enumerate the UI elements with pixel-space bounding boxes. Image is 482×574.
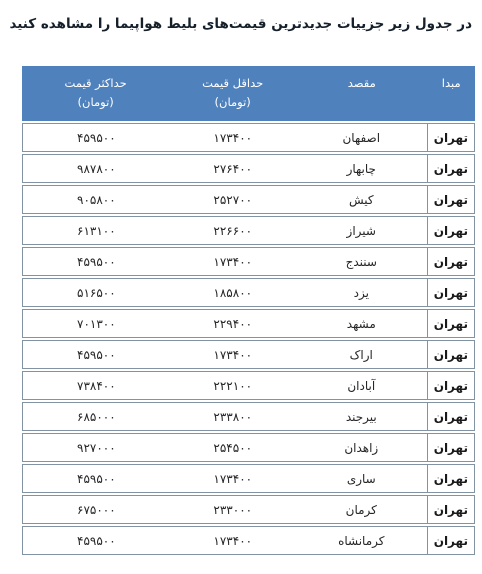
- cell-destination: شیراز: [296, 217, 427, 244]
- cell-destination: یزد: [296, 279, 427, 306]
- cell-min-price: ۲۳۳۸۰۰: [170, 403, 296, 430]
- cell-max-price: ۹۲۷۰۰۰: [23, 434, 170, 461]
- cell-destination: ساری: [296, 465, 427, 492]
- cell-destination: کرمان: [296, 496, 427, 523]
- cell-max-price: ۶۷۵۰۰۰: [23, 496, 170, 523]
- cell-max-price: ۴۵۹۵۰۰: [23, 465, 170, 492]
- table-row: تهران اصفهان ۱۷۳۴۰۰ ۴۵۹۵۰۰: [22, 123, 475, 152]
- cell-origin: تهران: [427, 186, 474, 213]
- cell-min-price: ۲۷۶۴۰۰: [170, 155, 296, 182]
- cell-max-price: ۶۱۳۱۰۰: [23, 217, 170, 244]
- cell-max-price: ۴۵۹۵۰۰: [23, 341, 170, 368]
- cell-destination: اراک: [296, 341, 427, 368]
- cell-origin: تهران: [427, 124, 474, 151]
- cell-origin: تهران: [427, 155, 474, 182]
- cell-min-price: ۲۲۶۶۰۰: [170, 217, 296, 244]
- table-row: تهران آبادان ۲۲۲۱۰۰ ۷۳۸۴۰۰: [22, 371, 475, 400]
- cell-origin: تهران: [427, 496, 474, 523]
- page-title: در جدول زیر جزییات جدیدترین قیمت‌های بلی…: [0, 14, 472, 35]
- cell-destination: آبادان: [296, 372, 427, 399]
- cell-min-price: ۲۲۲۱۰۰: [170, 372, 296, 399]
- table-header-row: مبدا مقصد حداقل قیمت (تومان) حداکثر قیمت…: [22, 66, 475, 121]
- cell-max-price: ۴۵۹۵۰۰: [23, 124, 170, 151]
- cell-min-price: ۲۵۴۵۰۰: [170, 434, 296, 461]
- table-row: تهران مشهد ۲۲۹۴۰۰ ۷۰۱۳۰۰: [22, 309, 475, 338]
- table-row: تهران کیش ۲۵۲۷۰۰ ۹۰۵۸۰۰: [22, 185, 475, 214]
- price-table: مبدا مقصد حداقل قیمت (تومان) حداکثر قیمت…: [22, 66, 475, 555]
- cell-origin: تهران: [427, 465, 474, 492]
- cell-max-price: ۶۸۵۰۰۰: [23, 403, 170, 430]
- cell-destination: کرمانشاه: [296, 527, 427, 554]
- cell-origin: تهران: [427, 279, 474, 306]
- table-row: تهران زاهدان ۲۵۴۵۰۰ ۹۲۷۰۰۰: [22, 433, 475, 462]
- cell-min-price: ۲۳۳۰۰۰: [170, 496, 296, 523]
- cell-min-price: ۱۷۳۴۰۰: [170, 341, 296, 368]
- cell-origin: تهران: [427, 248, 474, 275]
- cell-max-price: ۴۵۹۵۰۰: [23, 248, 170, 275]
- cell-max-price: ۴۵۹۵۰۰: [23, 527, 170, 554]
- cell-min-price: ۱۷۳۴۰۰: [170, 465, 296, 492]
- cell-origin: تهران: [427, 372, 474, 399]
- table-row: تهران چابهار ۲۷۶۴۰۰ ۹۸۷۸۰۰: [22, 154, 475, 183]
- table-row: تهران یزد ۱۸۵۸۰۰ ۵۱۶۵۰۰: [22, 278, 475, 307]
- cell-destination: مشهد: [296, 310, 427, 337]
- cell-max-price: ۵۱۶۵۰۰: [23, 279, 170, 306]
- table-row: تهران شیراز ۲۲۶۶۰۰ ۶۱۳۱۰۰: [22, 216, 475, 245]
- cell-destination: سنندج: [296, 248, 427, 275]
- header-destination-label: مقصد: [348, 74, 376, 93]
- cell-origin: تهران: [427, 527, 474, 554]
- cell-origin: تهران: [427, 434, 474, 461]
- header-destination: مقصد: [296, 66, 427, 121]
- header-min-price: حداقل قیمت (تومان): [169, 66, 296, 121]
- cell-max-price: ۷۳۸۴۰۰: [23, 372, 170, 399]
- cell-min-price: ۱۷۳۴۰۰: [170, 248, 296, 275]
- header-min-price-line2: (تومان): [215, 93, 251, 112]
- header-max-price-line2: (تومان): [78, 93, 114, 112]
- cell-destination: چابهار: [296, 155, 427, 182]
- cell-min-price: ۲۲۹۴۰۰: [170, 310, 296, 337]
- cell-origin: تهران: [427, 310, 474, 337]
- header-max-price-line1: حداکثر قیمت: [65, 74, 127, 93]
- table-row: تهران بیرجند ۲۳۳۸۰۰ ۶۸۵۰۰۰: [22, 402, 475, 431]
- cell-max-price: ۷۰۱۳۰۰: [23, 310, 170, 337]
- cell-origin: تهران: [427, 341, 474, 368]
- cell-min-price: ۱۷۳۴۰۰: [170, 124, 296, 151]
- cell-min-price: ۱۷۳۴۰۰: [170, 527, 296, 554]
- cell-min-price: ۲۵۲۷۰۰: [170, 186, 296, 213]
- cell-origin: تهران: [427, 403, 474, 430]
- cell-min-price: ۱۸۵۸۰۰: [170, 279, 296, 306]
- header-origin: مبدا: [427, 66, 475, 121]
- cell-destination: بیرجند: [296, 403, 427, 430]
- table-row: تهران کرمانشاه ۱۷۳۴۰۰ ۴۵۹۵۰۰: [22, 526, 475, 555]
- cell-origin: تهران: [427, 217, 474, 244]
- table-row: تهران سنندج ۱۷۳۴۰۰ ۴۵۹۵۰۰: [22, 247, 475, 276]
- table-body: تهران اصفهان ۱۷۳۴۰۰ ۴۵۹۵۰۰ تهران چابهار …: [22, 123, 475, 555]
- cell-destination: کیش: [296, 186, 427, 213]
- table-row: تهران اراک ۱۷۳۴۰۰ ۴۵۹۵۰۰: [22, 340, 475, 369]
- cell-max-price: ۹۸۷۸۰۰: [23, 155, 170, 182]
- cell-destination: زاهدان: [296, 434, 427, 461]
- table-row: تهران کرمان ۲۳۳۰۰۰ ۶۷۵۰۰۰: [22, 495, 475, 524]
- cell-destination: اصفهان: [296, 124, 427, 151]
- header-max-price: حداکثر قیمت (تومان): [22, 66, 169, 121]
- header-min-price-line1: حداقل قیمت: [202, 74, 263, 93]
- header-origin-label: مبدا: [442, 74, 461, 93]
- table-row: تهران ساری ۱۷۳۴۰۰ ۴۵۹۵۰۰: [22, 464, 475, 493]
- cell-max-price: ۹۰۵۸۰۰: [23, 186, 170, 213]
